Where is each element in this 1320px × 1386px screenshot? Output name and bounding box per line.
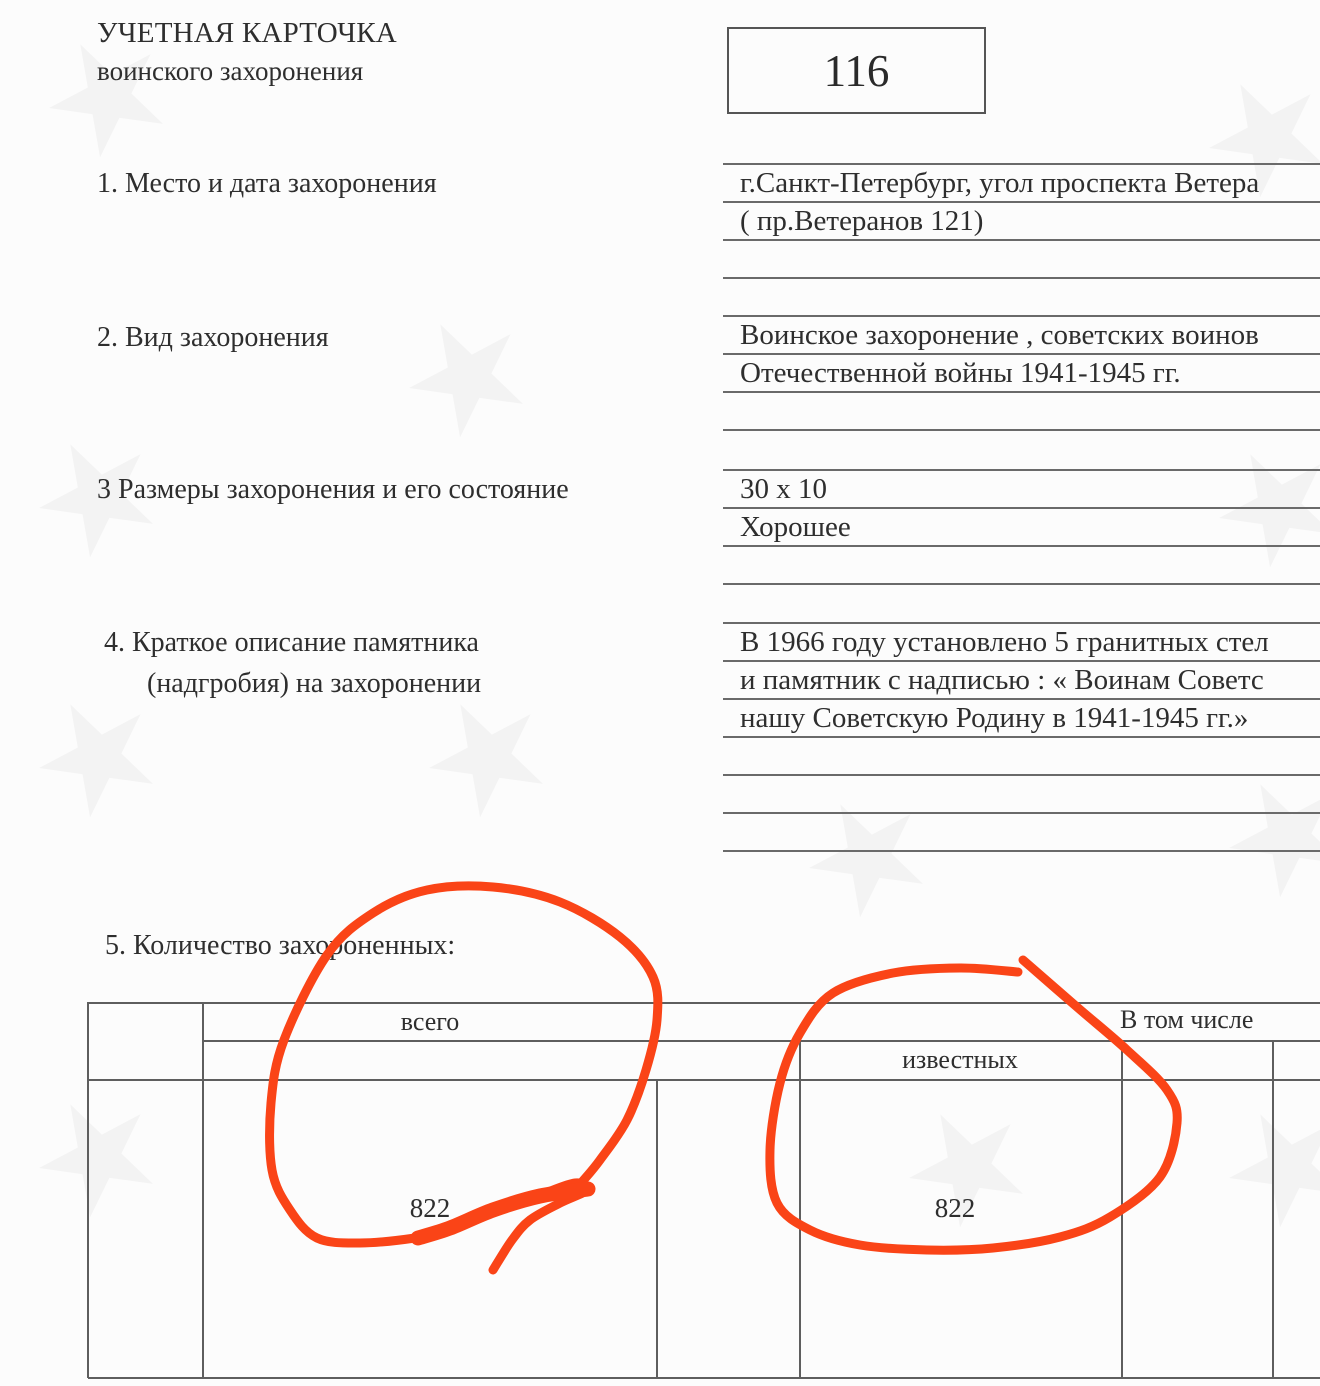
value-known: 822 — [925, 1193, 985, 1223]
section-2-label: 2. Вид захоронения — [97, 322, 329, 354]
watermark-icon: ★ — [373, 277, 562, 473]
field-line — [723, 547, 1320, 585]
table-col-divider — [1272, 1040, 1274, 1378]
field-line: и памятник с надписью : « Воинам Советс — [723, 662, 1320, 700]
value-total: 822 — [400, 1193, 460, 1223]
card-number: 116 — [824, 45, 890, 97]
section-5-label: 5. Количество захороненных: — [105, 930, 455, 962]
field-line: г.Санкт-Петербург, угол проспекта Ветера — [723, 165, 1320, 203]
table-col-divider — [656, 1079, 658, 1378]
table-border-bottom — [88, 1377, 1320, 1379]
field-line — [723, 738, 1320, 776]
field-line: Воинское захоронение , советских воинов — [723, 317, 1320, 355]
table-col-divider — [799, 1040, 801, 1378]
table-border-top — [88, 1002, 1320, 1004]
field-line — [723, 393, 1320, 431]
field-line: В 1966 году установлено 5 гранитных стел — [723, 624, 1320, 662]
card-subtitle: воинского захоронения — [97, 56, 363, 87]
section-2-field: Воинское захоронение , советских воинов … — [723, 315, 1320, 431]
section-3-field: 30 x 10 Хорошее — [723, 469, 1320, 585]
field-line: 30 x 10 — [723, 471, 1320, 509]
field-line: нашу Советскую Родину в 1941-1945 гг.» — [723, 700, 1320, 738]
section-1-label: 1. Место и дата захоронения — [97, 168, 437, 200]
section-4-field: В 1966 году установлено 5 гранитных стел… — [723, 622, 1320, 852]
watermark-icon: ★ — [1193, 1067, 1320, 1263]
card-title: УЧЕТНАЯ КАРТОЧКА — [97, 17, 397, 50]
field-line: Хорошее — [723, 509, 1320, 547]
header-total: всего — [380, 1007, 480, 1037]
header-known: известных — [880, 1045, 1040, 1075]
section-3-label: 3 Размеры захоронения и его состояние — [97, 474, 569, 506]
field-line: Отечественной войны 1941-1945 гг. — [723, 355, 1320, 393]
header-including: В том числе — [1120, 1005, 1253, 1035]
card-number-box: 116 — [727, 27, 986, 114]
table-header-bottom — [88, 1079, 1320, 1081]
table-border-left — [87, 1002, 89, 1378]
field-line: ( пр.Ветеранов 121) — [723, 203, 1320, 241]
table-col-divider — [202, 1002, 204, 1378]
table-header-divider — [202, 1040, 1320, 1042]
watermark-icon: ★ — [3, 1057, 192, 1253]
field-line — [723, 776, 1320, 814]
section-4-label: 4. Краткое описание памятника — [104, 627, 479, 659]
section-1-field: г.Санкт-Петербург, угол проспекта Ветера… — [723, 163, 1320, 279]
field-line — [723, 241, 1320, 279]
table-col-divider — [1121, 1040, 1123, 1378]
watermark-icon: ★ — [873, 1067, 1062, 1263]
field-line — [723, 814, 1320, 852]
section-4-label-cont: (надгробия) на захоронении — [147, 668, 481, 700]
